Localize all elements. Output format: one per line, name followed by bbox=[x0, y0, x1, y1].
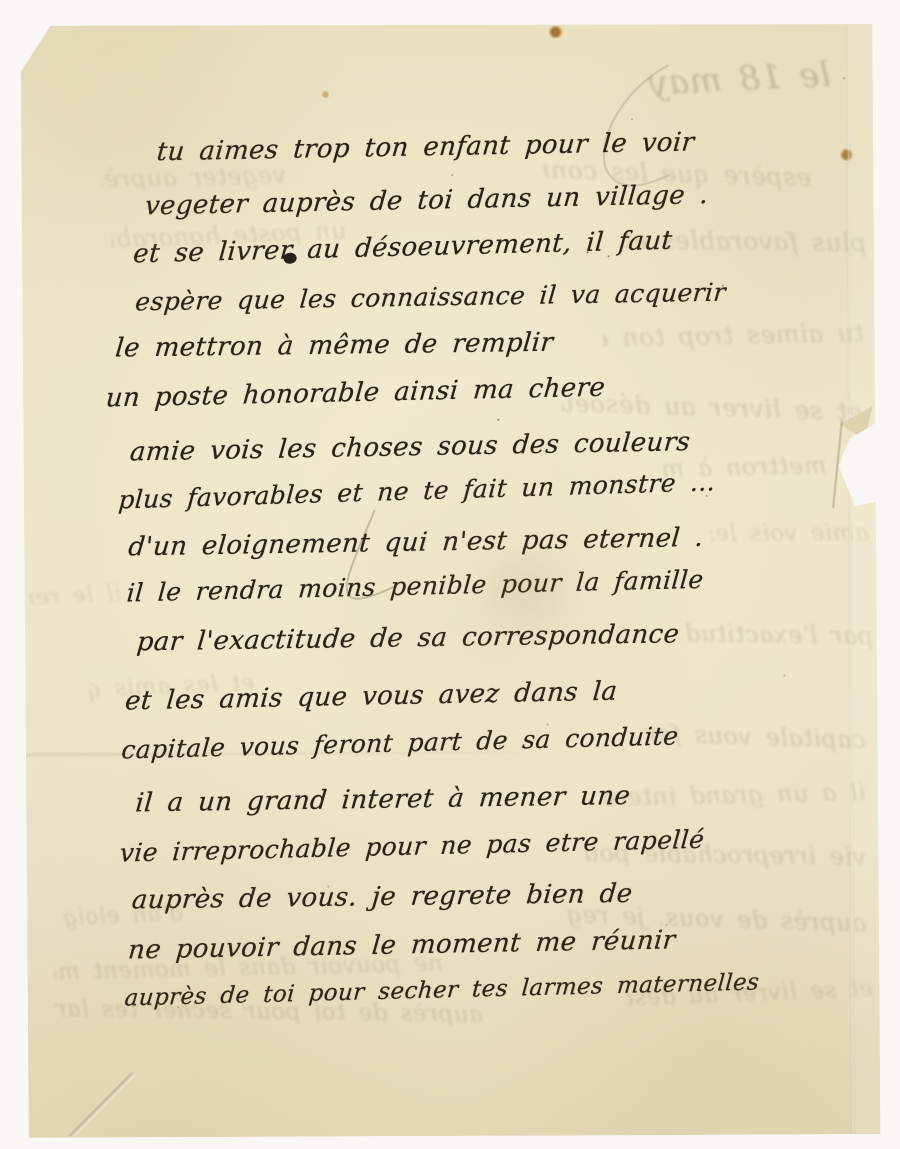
rust-stain bbox=[548, 26, 564, 39]
fold-edge-strip bbox=[850, 22, 881, 1134]
letter-line: le mettron à même de remplir bbox=[114, 328, 555, 364]
letter-line: par l'exactitude de sa correspondance bbox=[135, 619, 680, 657]
bleedthrough-date: le 18 may bbox=[390, 55, 831, 116]
right-edge-tear bbox=[838, 422, 877, 506]
bleedthrough-layer: vegeter auprès de toi dans un village .e… bbox=[21, 22, 876, 26]
letter-line: espère que les connaissance il va acquer… bbox=[134, 278, 727, 317]
letter-line: ne pouvoir dans le moment me réunir bbox=[127, 925, 677, 965]
letter-line: il a un grand interet à mener une bbox=[134, 781, 631, 818]
letter-line: amie vois les choses sous des couleurs bbox=[129, 427, 692, 467]
bleedthrough-text: il le rendra moins penible pour la famil… bbox=[28, 581, 121, 611]
letter-body: tu aimes trop ton enfant pour le voirveg… bbox=[21, 22, 876, 26]
bleedthrough-text: et se livrer au désoeuvrement, il faut bbox=[562, 388, 863, 426]
letter-line: un poste honorable ainsi ma chere bbox=[105, 373, 607, 414]
letter-line: capitale vous feront part de sa conduite bbox=[120, 721, 679, 764]
rust-stain bbox=[321, 91, 330, 99]
bottom-left-fold bbox=[63, 1073, 141, 1135]
letter-line: il le rendra moins penible pour la famil… bbox=[126, 565, 705, 608]
bleedthrough-text: il a un grand interet à mener une bbox=[604, 778, 867, 812]
letter-page: vegeter auprès de toi dans un village .e… bbox=[21, 22, 881, 1138]
bleedthrough-text: tu aimes trop ton enfant pour le voir bbox=[602, 318, 865, 353]
scanned-letter-page: { "colors": { "background": "#f8f7f4", "… bbox=[0, 0, 900, 1149]
letter-line: d'un eloignement qui n'est pas eternel . bbox=[127, 523, 705, 563]
letter-line: auprès de vous. je regrete bien de bbox=[131, 879, 634, 916]
letter-line: plus favorables et ne te fait un monstre… bbox=[117, 467, 716, 514]
bleedthrough-text: par l'exactitude de sa correspondance bbox=[683, 619, 873, 649]
ink-speckles bbox=[21, 26, 23, 28]
bleedthrough-text: amie vois les choses sous des couleurs bbox=[711, 520, 869, 547]
